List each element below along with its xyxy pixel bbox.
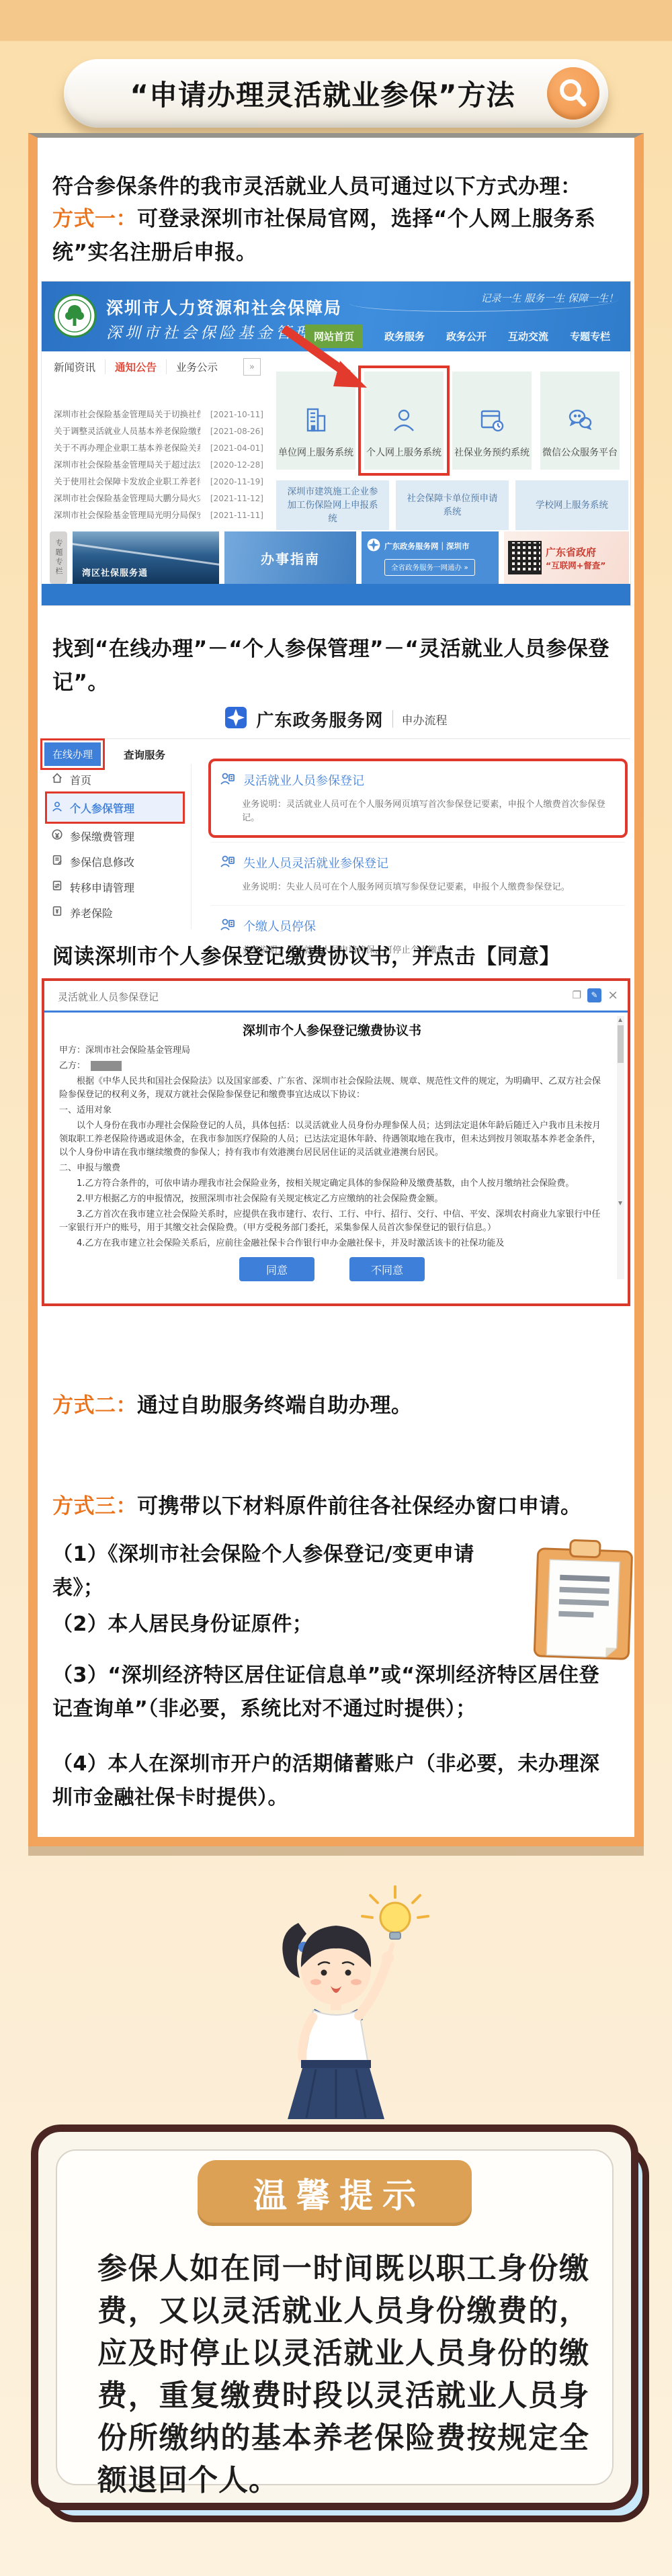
nav-item-topics[interactable]: 专题专栏	[570, 329, 610, 343]
more-button[interactable]: »	[243, 358, 261, 376]
method-3-label: 方式三：	[52, 1494, 137, 1518]
sidebar-item-personal-insurance[interactable]: 个人参保管理	[46, 792, 184, 823]
service-entry-desc: 业务说明：灵活就业人员可在个人服务网页填写首次参保登记要素，申报个人缴费首次参保…	[242, 798, 617, 826]
sz-portal-footer-bar	[42, 584, 630, 605]
sidebar-label: 参保缴费管理	[70, 828, 134, 844]
person-doc-icon	[219, 771, 235, 789]
news-item[interactable]: 深圳市社会保险基金管理局关于切换社保业务预...[2021-10-11]	[54, 408, 263, 425]
scroll-up-icon[interactable]	[618, 1018, 622, 1022]
payment-icon	[51, 828, 63, 843]
sidebar-item-info-change[interactable]: 参保信息修改	[46, 849, 184, 874]
agreement-modal: 灵活就业人员参保登记 ❐ ✎ × 深圳市个人参保登记缴费协议书 甲方：深圳市社会…	[42, 978, 630, 1306]
tip-body-text: 参保人如在同一时间既以职工身份缴费，又以灵活就业人员身份缴费的，应及时停止以灵活…	[97, 2247, 589, 2501]
banner-guide[interactable]: 办事指南	[224, 531, 356, 584]
agreement-paragraph: 2.甲方根据乙方的申报情况，按照深圳市社会保险有关规定核定乙方应缴纳的社会保险费…	[59, 1193, 605, 1206]
news-item[interactable]: 深圳市社会保险基金管理局光明分局保安服务采...[2021-11-11]	[54, 509, 263, 525]
news-date: [2021-10-11]	[210, 410, 263, 419]
page-title: “申请办理灵活就业参保”方法	[130, 73, 515, 114]
agreement-paragraph: 3.乙方首次在我市建立社会保险关系时，应提供在我市建行、农行、工行、中行、招行、…	[59, 1208, 605, 1235]
party-b-line: 乙方：	[59, 1060, 605, 1073]
person-icon	[51, 800, 63, 815]
sz-slogan: 记录一生 服务一生 保障一生！	[349, 291, 618, 312]
page-title-banner: “申请办理灵活就业参保”方法	[64, 59, 608, 128]
news-title[interactable]: 深圳市社会保险基金管理局关于切换社保业务预...	[54, 408, 200, 420]
modal-window-title: 灵活就业人员参保登记	[58, 990, 159, 1004]
news-date: [2020-11-19]	[210, 477, 263, 486]
news-title[interactable]: 关于不再办理企业职工基本养老保险关系省内转...	[54, 441, 200, 454]
news-date: [2021-08-26]	[210, 427, 263, 436]
service-card-label: 个人网上服务系统	[366, 447, 442, 460]
agreement-heading: 二、申报与缴费	[59, 1162, 605, 1175]
modal-title-bar: 灵活就业人员参保登记 ❐ ✎ ×	[44, 981, 628, 1011]
scroll-down-icon[interactable]	[618, 1201, 622, 1205]
subsystem-card-sscard[interactable]: 社会保障卡单位预申请系统	[396, 480, 509, 530]
calendar-icon	[477, 405, 507, 437]
step-3-text: 阅读深圳市个人参保登记缴费协议书，并点击【同意】	[52, 940, 620, 974]
edit-icon[interactable]: ✎	[587, 988, 601, 1002]
sidebar-item-transfer[interactable]: 转移申请管理	[46, 874, 184, 900]
building-icon	[301, 405, 331, 437]
service-entry-desc: 业务说明：失业人员可在个人服务网页填写参保登记要素，申报个人缴费参保登记。	[242, 881, 617, 894]
step-2-text: 找到“在线办理”－“个人参保管理”－“灵活就业人员参保登记”。	[52, 632, 620, 699]
sidebar-label: 参保信息修改	[70, 854, 134, 869]
method-3-text: 可携带以下材料原件前往各社保经办窗口申请。	[137, 1494, 582, 1518]
tab-query-service[interactable]: 查询服务	[124, 747, 165, 762]
news-list: 深圳市社会保险基金管理局关于切换社保业务预...[2021-10-11] 关于调…	[54, 408, 263, 525]
news-item[interactable]: 关于调整灵活就业人员基本养老保险缴费比例的...[2021-08-26]	[54, 425, 263, 441]
tip-title-badge: 温馨提示	[198, 2160, 472, 2226]
scrollbar[interactable]	[617, 1016, 624, 1279]
service-entry-flexible-registration[interactable]: 灵活就业人员参保登记 业务说明：灵活就业人员可在个人服务网页填写首次参保登记要素…	[211, 761, 625, 835]
divider	[191, 764, 192, 929]
service-entry-unemployed-registration[interactable]: 失业人员灵活就业参保登记 业务说明：失业人员可在个人服务网页填写参保登记要素，申…	[211, 842, 625, 898]
material-item-2: （2）本人居民身份证原件；	[52, 1608, 523, 1641]
sidebar-label: 个人参保管理	[70, 800, 134, 816]
transfer-icon	[51, 879, 63, 894]
gd-site-header: 广东政务服务网 申办流程	[42, 706, 630, 732]
method-2-paragraph: 方式二：通过自助服务终端自助办理。	[52, 1389, 620, 1422]
sidebar-item-pension[interactable]: 养老保险	[46, 900, 184, 925]
banner-caption: 广东省政府	[546, 545, 605, 559]
tip-card: 温馨提示 参保人如在同一时间既以职工身份缴费，又以灵活就业人员身份缴费的，应及时…	[31, 2124, 638, 2510]
sidebar-item-home[interactable]: 首页	[46, 767, 184, 792]
pension-icon	[51, 905, 63, 920]
news-date: [2021-04-01]	[210, 443, 263, 453]
main-content-card: 符合参保条件的我市灵活就业人员可通过以下方式办理： 方式一：可登录深圳市社保局官…	[28, 133, 644, 1846]
material-item-3: （3）“深圳经济特区居住证信息单”或“深圳经济特区居住登记查询单”（非必要，系统…	[52, 1659, 620, 1726]
agreement-paragraph: 根据《中华人民共和国社会保险法》以及国家部委、广东省、深圳市社会保险法规、规章、…	[59, 1075, 605, 1102]
banner-caption: 广东政务服务网｜深圳市	[384, 541, 470, 552]
bridge-photo	[73, 542, 219, 568]
disagree-button[interactable]: 不同意	[349, 1257, 425, 1281]
mascot-illustration	[234, 1885, 438, 2143]
banner-gd-gov[interactable]: 广东政务服务网｜深圳市 全省政务服务一网通办 »	[362, 531, 499, 584]
service-card-label: 单位网上服务系统	[278, 447, 353, 460]
service-entry-title[interactable]: 失业人员灵活就业参保登记	[243, 854, 388, 871]
banner-supervision[interactable]: 广东省政府“互联网+督查”	[504, 531, 629, 584]
agreement-paragraph: 4.乙方在我市建立社会保险关系后，应前往金融社保卡合作银行申办金融社保卡，并及时…	[59, 1237, 605, 1250]
sz-org-name-1: 深圳市人力资源和社会保障局	[106, 295, 342, 319]
tab-online-handling[interactable]: 在线办理	[44, 742, 101, 766]
screenshot-gd-service-site: 广东政务服务网 申办流程 在线办理 查询服务 首页 个人参保管理 参保缴费管理	[42, 699, 630, 936]
clipboard-illustration	[530, 1537, 636, 1666]
news-item[interactable]: 深圳市社会保险基金管理局关于超过法定退休年...[2020-12-28]	[54, 458, 263, 475]
qr-code	[509, 542, 540, 573]
nav-item-interaction[interactable]: 互动交流	[508, 329, 548, 343]
sidebar-label: 养老保险	[70, 905, 113, 920]
gd-sidebar: 首页 个人参保管理 参保缴费管理 参保信息修改 转移申请管理	[46, 767, 184, 925]
agreement-doc-title: 深圳市个人参保登记缴费协议书	[59, 1021, 605, 1039]
news-title[interactable]: 深圳市社会保险基金管理局光明分局保安服务采...	[54, 509, 200, 521]
gd-logo-icon	[224, 706, 247, 732]
person-doc-icon	[219, 853, 235, 872]
service-card-label: 社保业务预约系统	[454, 447, 530, 460]
banner-caption: 湾区社保服务通	[82, 566, 148, 578]
service-entry-title[interactable]: 个缴人员停保	[243, 917, 316, 935]
sz-hrss-logo	[52, 294, 97, 341]
news-item[interactable]: 关于使用社会保障卡发放企业职工养老待遇的通...[2020-11-19]	[54, 475, 263, 492]
person-doc-icon	[219, 916, 235, 935]
divider	[42, 738, 630, 739]
news-item[interactable]: 深圳市社会保险基金管理局大鹏分局火灾自动报...[2021-11-12]	[54, 492, 263, 509]
nav-item-disclosure[interactable]: 政务公开	[446, 329, 487, 343]
method-3-paragraph: 方式三：可携带以下材料原件前往各社保经办窗口申请。	[52, 1490, 620, 1523]
news-tabs: 新闻资讯 通知公告 业务公示	[54, 359, 227, 374]
banner-button[interactable]: 全省政务服务一网通办 »	[384, 559, 475, 576]
news-title[interactable]: 深圳市社会保险基金管理局大鹏分局火灾自动报...	[54, 492, 200, 504]
subsystem-card-construction[interactable]: 深圳市建筑施工企业参加工伤保险网上申报系统	[276, 480, 389, 530]
method-1-paragraph: 方式一：可登录深圳市社保局官网，选择“个人网上服务系统”实名注册后申报。	[52, 202, 620, 269]
service-entry-title[interactable]: 灵活就业人员参保登记	[243, 771, 364, 789]
pinwheel-icon	[367, 538, 380, 554]
divider	[392, 710, 393, 728]
service-card-wechat-platform[interactable]: 微信公众服务平台	[540, 372, 620, 470]
material-item-1: （1）《深圳市社会保险个人参保登记/变更申请表》；	[52, 1538, 523, 1605]
person-icon	[389, 405, 419, 437]
home-icon	[51, 772, 63, 787]
banner-caption: 办事指南	[261, 548, 320, 568]
material-item-4: （4）本人在深圳市开户的活期储蓄账户（非必要，未办理深圳市金融社保卡时提供）。	[52, 1748, 620, 1815]
agreement-heading: 一、适用对象	[59, 1104, 605, 1117]
banner-caption: “互联网+督查”	[546, 559, 605, 571]
infographic-page: “申请办理灵活就业参保”方法 符合参保条件的我市灵活就业人员可通过以下方式办理：…	[0, 0, 672, 2576]
intro-text: 符合参保条件的我市灵活就业人员可通过以下方式办理：	[52, 170, 620, 204]
gd-flow-label: 申办流程	[402, 711, 448, 728]
method-1-label: 方式一：	[52, 207, 137, 231]
banner-bay-area[interactable]: 湾区社保服务通	[73, 531, 219, 584]
restore-icon[interactable]: ❐	[573, 989, 581, 1001]
party-a-line: 甲方：深圳市社会保险基金管理局	[59, 1044, 605, 1058]
redaction-box	[91, 1061, 122, 1071]
screenshot-sz-hrss-portal: 深圳市人力资源和社会保障局 深圳市社会保险基金管理局 记录一生 服务一生 保障一…	[42, 282, 630, 605]
sidebar-label: 转移申请管理	[70, 879, 134, 895]
news-title[interactable]: 关于调整灵活就业人员基本养老保险缴费比例的...	[54, 425, 200, 437]
tab-news[interactable]: 新闻资讯	[54, 359, 106, 374]
scrollbar-thumb[interactable]	[618, 1025, 624, 1063]
service-card-label: 微信公众服务平台	[542, 447, 618, 460]
gd-service-list: 灵活就业人员参保登记 业务说明：灵活就业人员可在个人服务网页填写首次参保登记要素…	[211, 761, 625, 962]
tip-title: 温馨提示	[244, 2169, 425, 2217]
gd-site-title: 广东政务服务网	[256, 707, 383, 732]
wechat-icon	[565, 405, 595, 437]
news-item[interactable]: 关于不再办理企业职工基本养老保险关系省内转...[2021-04-01]	[54, 441, 263, 458]
sidebar-label: 首页	[70, 772, 91, 787]
topics-side-tab[interactable]: 专题专栏	[50, 531, 67, 584]
close-icon[interactable]: ×	[607, 988, 618, 1002]
agreement-paragraph: 1.乙方符合条件的，可依申请办理我市社会保险业务，按相关规定确定具体的参保险种及…	[59, 1177, 605, 1191]
red-arrow-annotation	[278, 326, 379, 399]
agree-button[interactable]: 同意	[239, 1257, 314, 1281]
tab-notices[interactable]: 通知公告	[106, 359, 167, 374]
method-2-label: 方式二：	[52, 1393, 137, 1418]
nav-item-services[interactable]: 政务服务	[384, 329, 425, 343]
agreement-paragraph: 以个人身份在我市办理社会保险登记的人员，具体包括：以灵活就业人员身份办理参保人员…	[59, 1119, 605, 1160]
news-title[interactable]: 关于使用社会保障卡发放企业职工养老待遇的通...	[54, 475, 200, 487]
method-2-text: 通过自助服务终端自助办理。	[137, 1393, 413, 1418]
subsystem-card-school[interactable]: 学校网上服务系统	[515, 480, 628, 530]
search-icon	[547, 67, 599, 120]
service-card-booking-system[interactable]: 社保业务预约系统	[452, 372, 532, 470]
edit-doc-icon	[51, 854, 63, 869]
party-b-label: 乙方：	[59, 1061, 85, 1071]
lightbulb-icon	[362, 1887, 428, 1939]
sz-portal-banners: 专题专栏 湾区社保服务通 办事指南 广东政务服务网｜深圳市 全省政务服务一网通办…	[42, 531, 630, 584]
sidebar-item-payment[interactable]: 参保缴费管理	[46, 823, 184, 849]
news-title[interactable]: 深圳市社会保险基金管理局关于超过法定退休年...	[54, 458, 200, 470]
news-date: [2021-11-12]	[210, 494, 263, 503]
tab-announcements[interactable]: 业务公示	[167, 359, 227, 374]
news-date: [2021-11-11]	[210, 511, 263, 520]
news-date: [2020-12-28]	[210, 460, 263, 470]
agreement-body: 深圳市个人参保登记缴费协议书 甲方：深圳市社会保险基金管理局 乙方： 根据《中华…	[44, 1013, 628, 1305]
